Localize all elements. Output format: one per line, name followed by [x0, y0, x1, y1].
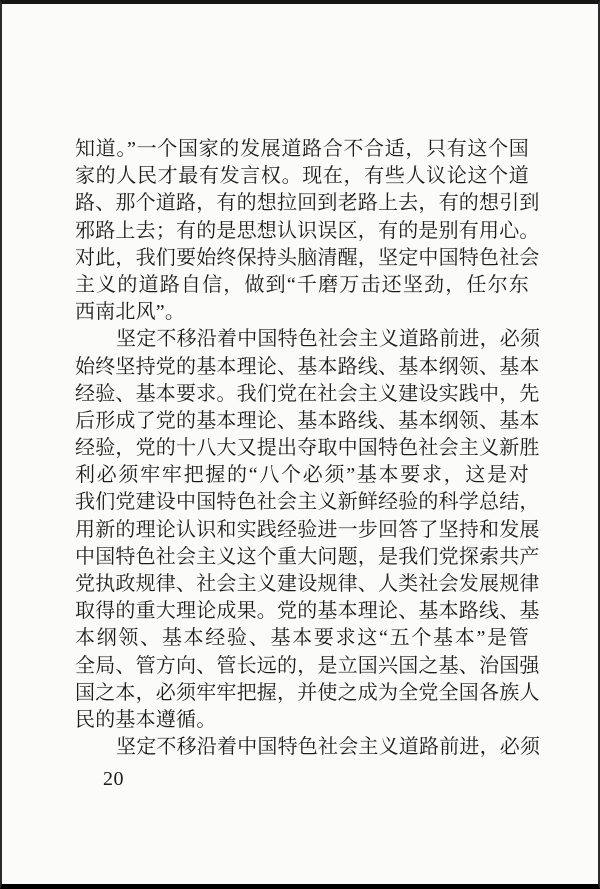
text-line: 西南北风”。: [75, 299, 529, 326]
text-line: 党执政规律、社会主义建设规律、人类社会发展规律: [75, 571, 529, 598]
text-line: 经验、基本要求。我们党在社会主义建设实践中，先: [75, 381, 529, 408]
page-number: 20: [103, 766, 124, 792]
text-line: 我们党建设中国特色社会主义新鲜经验的科学总结，: [75, 489, 529, 516]
text-line: 中国特色社会主义这个重大问题，是我们党探索共产: [75, 544, 529, 571]
text-line: 用新的理论认识和实践经验进一步回答了坚持和发展: [75, 517, 529, 544]
text-line: 取得的重大理论成果。党的基本理论、基本路线、基: [75, 598, 529, 625]
text-line: 始终坚持党的基本理论、基本路线、基本纲领、基本: [75, 354, 529, 381]
paragraph-start-line: 坚定不移沿着中国特色社会主义道路前进，必须: [75, 734, 529, 761]
text-line: 主义的道路自信，做到“千磨万击还坚劲，任尔东: [75, 272, 529, 299]
text-line: 知道。”一个国家的发展道路合不合适，只有这个国: [75, 136, 529, 163]
text-line: 本纲领、基本经验、基本要求这“五个基本”是管: [75, 625, 529, 652]
paragraph-start-line: 坚定不移沿着中国特色社会主义道路前进，必须: [75, 326, 529, 353]
text-line: 路、那个道路，有的想拉回到老路上去，有的想引到: [75, 190, 529, 217]
text-line: 后形成了党的基本理论、基本路线、基本纲领、基本: [75, 408, 529, 435]
text-line: 经验，党的十八大又提出夺取中国特色社会主义新胜: [75, 435, 529, 462]
text-line: 对此，我们要始终保持头脑清醒，坚定中国特色社会: [75, 245, 529, 272]
body-text: 知道。”一个国家的发展道路合不合适，只有这个国 家的人民才最有发言权。现在，有些…: [75, 136, 529, 761]
text-line: 国之本，必须牢牢把握，并使之成为全党全国各族人: [75, 680, 529, 707]
book-page-scan: 知道。”一个国家的发展道路合不合适，只有这个国 家的人民才最有发言权。现在，有些…: [0, 0, 600, 889]
text-line: 全局、管方向、管长远的，是立国兴国之基、治国强: [75, 653, 529, 680]
text-line: 家的人民才最有发言权。现在，有些人议论这个道: [75, 163, 529, 190]
text-line: 邪路上去；有的是思想认识误区，有的是别有用心。: [75, 218, 529, 245]
text-line: 民的基本遵循。: [75, 707, 529, 734]
text-line: 利必须牢牢把握的“八个必须”基本要求，这是对: [75, 462, 529, 489]
